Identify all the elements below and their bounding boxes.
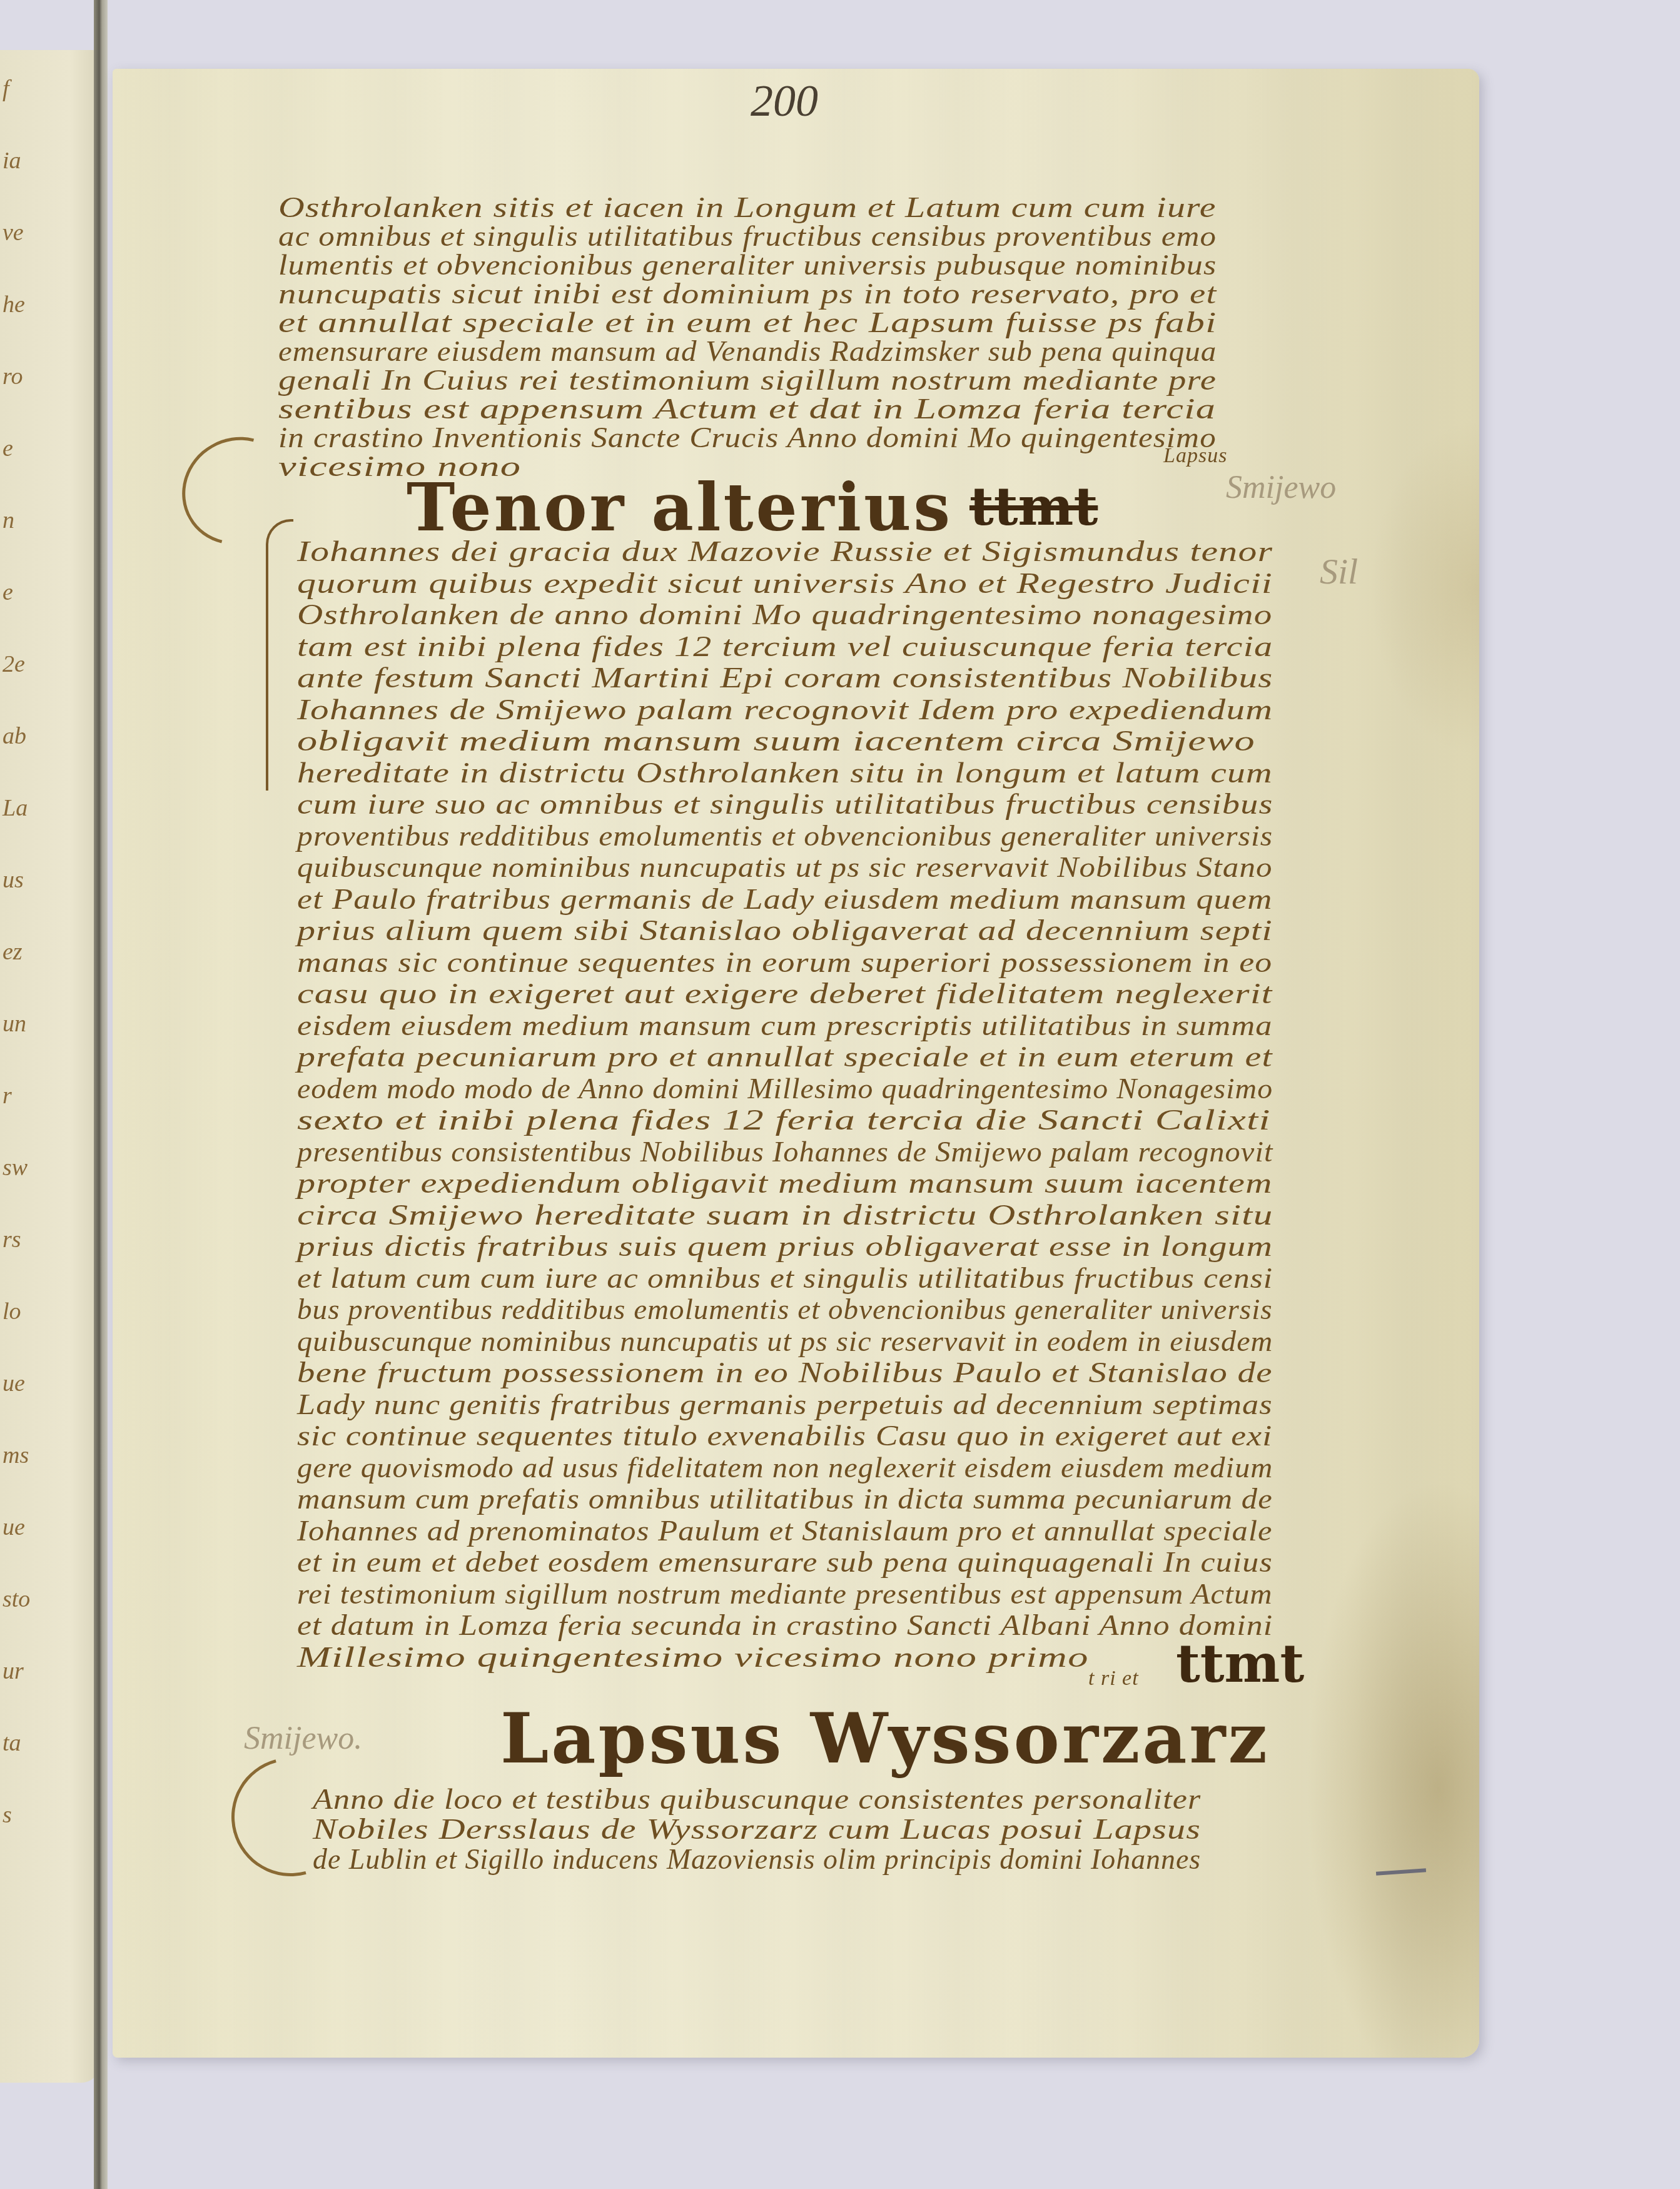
left-page-fragment: s — [3, 1801, 12, 1829]
manuscript-line: mansum cum prefatis omnibus utilitatibus… — [297, 1482, 1273, 1515]
manuscript-line: quibuscunque nominibus nuncupatis ut ps … — [297, 851, 1273, 884]
manuscript-line: rei testimonium sigillum nostrum mediant… — [297, 1577, 1273, 1610]
left-page-fragment: ur — [3, 1657, 24, 1685]
left-page-fragment: ro — [3, 363, 23, 390]
left-page-fragment: ia — [3, 147, 21, 174]
manuscript-line: Iohannes dei gracia dux Mazovie Russie e… — [297, 535, 1273, 568]
manuscript-line: Lady nunc genitis fratribus germanis per… — [297, 1388, 1273, 1421]
pencil-mark — [1376, 1868, 1426, 1876]
manuscript-line: de Lublin et Sigillo inducens Mazoviensi… — [313, 1843, 1201, 1876]
lapsus-heading-abbr: ttmt — [1176, 1632, 1304, 1694]
manuscript-line: Iohannes ad prenominatos Paulum et Stani… — [297, 1514, 1273, 1547]
left-page-fragment: r — [3, 1082, 12, 1110]
manuscript-line: bene fructum possessionem in eo Nobilibu… — [297, 1356, 1273, 1389]
manuscript-line: sic continue sequentes titulo exvenabili… — [297, 1419, 1272, 1452]
manuscript-line: manas sic continue sequentes in eorum su… — [297, 946, 1273, 979]
left-page-fragment: un — [3, 1010, 26, 1038]
manuscript-line: cum iure suo ac omnibus et singulis util… — [297, 787, 1273, 821]
left-page-fragment: ab — [3, 722, 26, 750]
folio-number: 200 — [751, 75, 818, 127]
manuscript-line: tam est inibi plena fides 12 tercium vel… — [297, 630, 1273, 663]
manuscript-line: prius dictis fratribus suis quem prius o… — [297, 1230, 1273, 1263]
left-page-fragment: sto — [3, 1585, 30, 1613]
left-page-fragment: ue — [3, 1370, 25, 1397]
left-page-fragment: ez — [3, 938, 23, 966]
marginalia-sign: Sil — [1320, 550, 1358, 592]
paragraph-bracket-icon — [266, 519, 293, 791]
manuscript-line: Millesimo quingentesimo vicesimo nono pr… — [297, 1640, 1089, 1674]
book-spine — [94, 0, 108, 2189]
manuscript-line: presentibus consistentibus Nobilibus Ioh… — [297, 1135, 1273, 1168]
left-page-fragment: he — [3, 291, 25, 318]
manuscript-line: sexto et inibi plena fides 12 feria terc… — [297, 1103, 1271, 1136]
left-page-fragment: ve — [3, 219, 24, 246]
left-page-fragment: e — [3, 579, 13, 606]
manuscript-line: et latum cum cum iure ac omnibus et sing… — [297, 1261, 1273, 1295]
left-page-fragment: sw — [3, 1154, 28, 1181]
manuscript-line: gere quovismodo ad usus fidelitatem non … — [297, 1451, 1273, 1484]
tenor-heading-abbr: ttmt — [969, 475, 1098, 537]
left-page-fragment: rs — [3, 1226, 21, 1253]
manuscript-line: quibuscunque nominibus nuncupatis ut ps … — [297, 1325, 1273, 1358]
manuscript-line: hereditate in districtu Osthrolanken sit… — [297, 756, 1273, 789]
left-page-fragment: 2e — [3, 650, 25, 678]
manuscript-line: prius alium quem sibi Stanislao obligave… — [297, 914, 1273, 947]
manuscript-line: Anno die loco et testibus quibuscunque c… — [313, 1782, 1202, 1816]
manuscript-line: propter expediendum obligavit medium man… — [297, 1166, 1273, 1200]
left-page-fragment: ta — [3, 1729, 21, 1757]
manuscript-folio: 200 Osthrolanken sitis et iacen in Longu… — [113, 69, 1479, 2058]
left-page-fragment: La — [3, 794, 28, 822]
marginalia-lapsus-name: Smijewo. — [244, 1720, 362, 1757]
manuscript-line: Iohannes de Smijewo palam recognovit Ide… — [297, 693, 1273, 726]
left-page-fragment: f — [3, 75, 9, 103]
tenor-line-end-note: t ri et — [1088, 1667, 1139, 1691]
left-page-fragment: lo — [3, 1298, 21, 1325]
manuscript-line: quorum quibus expedit sicut universis An… — [297, 567, 1273, 600]
manuscript-line: prefata pecuniarum pro et annullat speci… — [297, 1040, 1273, 1073]
manuscript-line: et datum in Lomza feria secunda in crast… — [297, 1609, 1273, 1642]
manuscript-line: et Paulo fratribus germanis de Lady eius… — [297, 882, 1273, 916]
manuscript-line: circa Smijewo hereditate suam in distric… — [297, 1198, 1273, 1231]
manuscript-line: Osthrolanken de anno domini Mo quadringe… — [297, 598, 1273, 631]
left-page-fragment: ue — [3, 1514, 25, 1541]
manuscript-line: ante festum Sancti Martini Epi coram con… — [297, 661, 1273, 694]
marginalia-smijewo: Smijewo — [1226, 469, 1336, 506]
manuscript-line: bus proventibus redditibus emolumentis e… — [297, 1293, 1273, 1326]
manuscript-line: eodem modo modo de Anno domini Millesimo… — [297, 1072, 1273, 1105]
left-page-fragment: us — [3, 866, 24, 894]
manuscript-line: casu quo in exigeret aut exigere deberet… — [297, 977, 1273, 1010]
facing-left-page: fiaveheroene2eabLausezunrswrslouemsuesto… — [0, 50, 100, 2083]
lapsus-heading: Lapsus Wyssorzarz — [500, 1698, 1270, 1779]
manuscript-line: eisdem eiusdem medium mansum cum prescri… — [297, 1009, 1273, 1042]
manuscript-line: Nobiles Dersslaus de Wyssorzarz cum Luca… — [313, 1812, 1201, 1846]
tenor-supra: Lapsus — [1163, 444, 1227, 468]
manuscript-line: et in eum et debet eosdem emensurare sub… — [297, 1545, 1273, 1579]
left-page-fragment: n — [3, 507, 14, 534]
left-page-fragment: ms — [3, 1442, 29, 1469]
manuscript-line: obligavit medium mansum suum iacentem ci… — [297, 724, 1255, 757]
manuscript-line: proventibus redditibus emolumentis et ob… — [297, 819, 1273, 852]
left-page-fragment: e — [3, 435, 13, 462]
